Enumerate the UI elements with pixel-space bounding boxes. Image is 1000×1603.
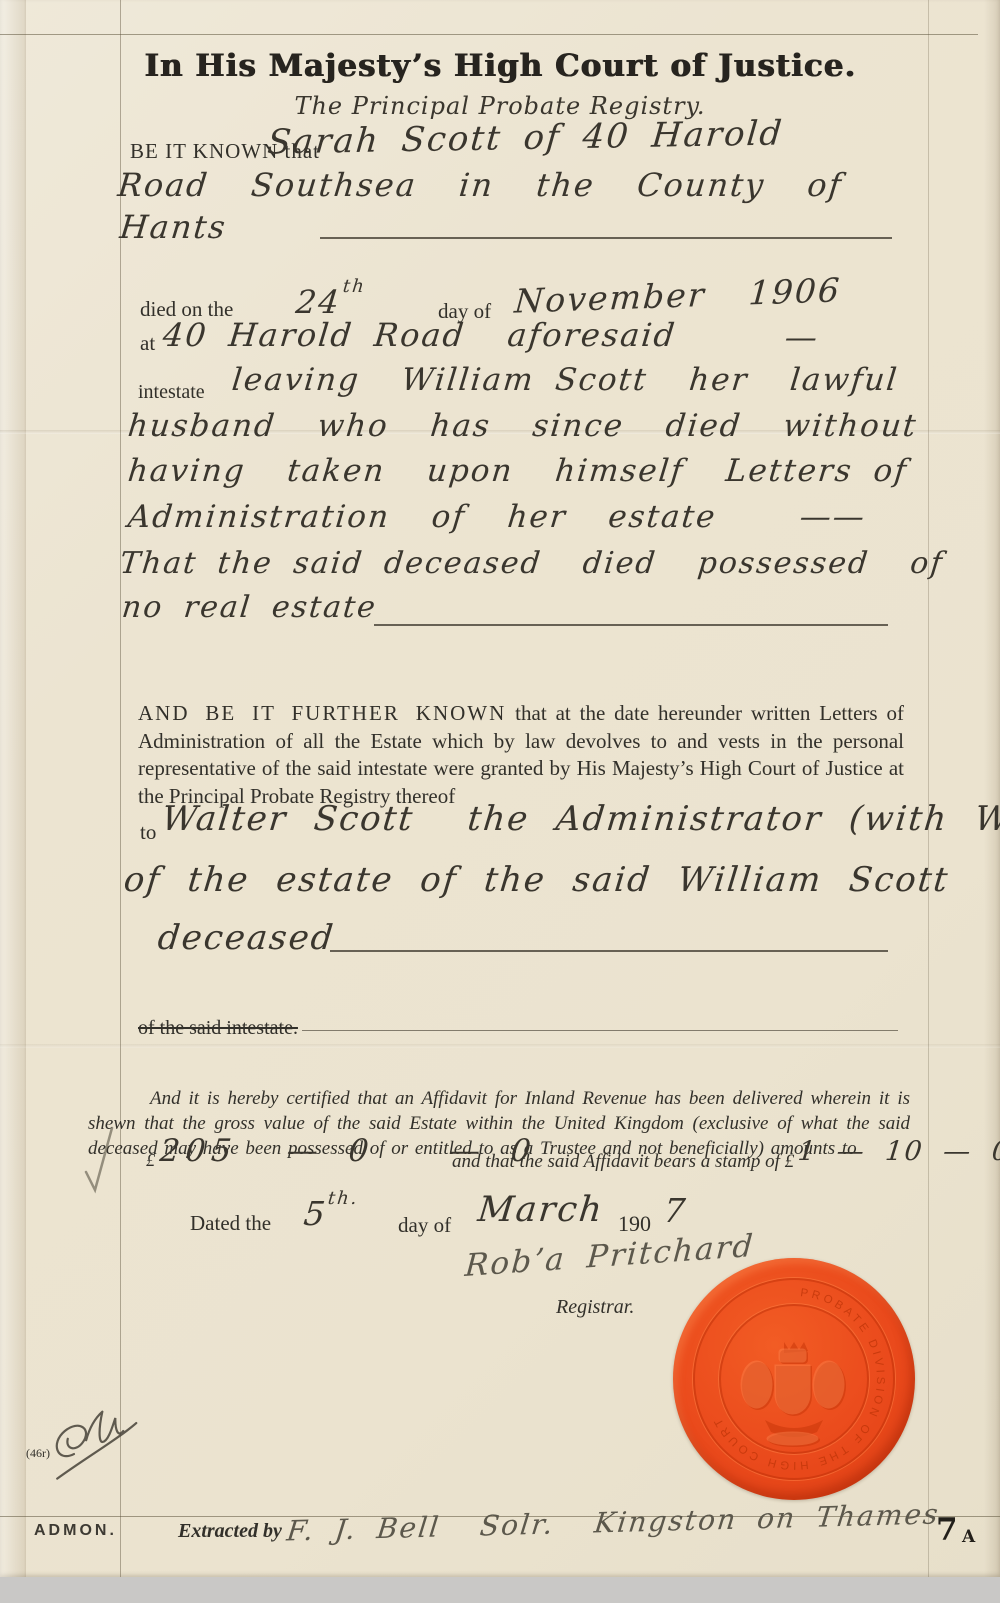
- grant-paragraph-lead: AND BE IT FURTHER KNOWN: [138, 701, 506, 725]
- stamp-clause: and that the said Affidavit bears a stam…: [452, 1151, 794, 1173]
- registry-subtitle: The Principal Probate Registry.: [0, 92, 1000, 120]
- blank-fill-line: [302, 1030, 898, 1031]
- decedent-name-line-3: Hants: [118, 208, 229, 246]
- extracted-by-label: Extracted by: [178, 1520, 282, 1543]
- dated-label: Dated the: [190, 1211, 271, 1236]
- paper-right-edge: [984, 0, 1000, 1577]
- red-wax-seal-icon: PROBATE DIVISION OF THE HIGH COURT: [673, 1258, 915, 1500]
- page-number: 7: [936, 1512, 958, 1548]
- dated-year-digit: 7: [662, 1191, 689, 1230]
- stamp-value-amount: 1 — 10 — 0: [796, 1136, 1000, 1167]
- intestate-hw-line: That the said deceased died possessed of: [118, 546, 945, 581]
- intestate-hw-line: having taken upon himself Letters of: [126, 453, 910, 489]
- form-reference: (46r): [26, 1446, 50, 1461]
- intestate-hw-line: husband who has since died without: [126, 408, 919, 444]
- seal-emblem: PROBATE DIVISION OF THE HIGH COURT: [673, 1258, 915, 1500]
- fold-crease: [0, 1044, 1000, 1048]
- struck-intestate-text: of the said intestate.: [138, 1017, 298, 1040]
- grantee-line-1: Walter Scott the Administrator (with Wil…: [160, 799, 1000, 839]
- court-title: In His Majesty’s High Court of Justice.: [0, 48, 1000, 84]
- page-letter: A: [962, 1527, 975, 1547]
- margin-checkmark: [82, 1124, 116, 1196]
- grantee-line-2: of the estate of the said William Scott: [122, 860, 951, 900]
- pound-sign: £: [146, 1150, 155, 1171]
- dated-year-printed: 190: [618, 1211, 651, 1237]
- at-label: at: [140, 331, 155, 356]
- intestate-label: intestate: [138, 381, 205, 404]
- blank-fill-line: [330, 950, 888, 952]
- intestate-hw-line: no real estate: [120, 590, 379, 625]
- death-place: 40 Harold Road aforesaid: [161, 316, 678, 354]
- death-day-suffix: th: [342, 276, 367, 297]
- registrar-title: Registrar.: [556, 1296, 634, 1319]
- decedent-name-line-2: Road Southsea in the County of: [116, 166, 845, 204]
- grant-paragraph: AND BE IT FURTHER KNOWN that at the date…: [138, 700, 904, 810]
- document-scan: In His Majesty’s High Court of Justice. …: [0, 0, 1000, 1603]
- blank-fill-line: [374, 624, 888, 626]
- death-place-dash: —: [783, 318, 821, 356]
- right-margin-rule: [928, 0, 929, 1577]
- doc-type-label: ADMON.: [34, 1522, 117, 1540]
- dated-day-of-label: day of: [398, 1213, 451, 1238]
- blank-fill-line: [320, 237, 892, 239]
- top-margin-rule: [0, 34, 978, 35]
- to-label: to: [140, 820, 156, 845]
- dated-day: 5: [302, 1194, 329, 1233]
- paper-left-edge: [0, 0, 26, 1577]
- dated-month: March: [476, 1190, 606, 1230]
- dated-day-suffix: th.: [327, 1188, 360, 1209]
- intestate-hw-line: leaving William Scott her lawful: [230, 362, 900, 398]
- clerk-initials-scribble: [37, 1390, 167, 1486]
- grantee-line-3: deceased: [156, 918, 337, 958]
- intestate-hw-line: Administration of her estate ——: [126, 499, 868, 535]
